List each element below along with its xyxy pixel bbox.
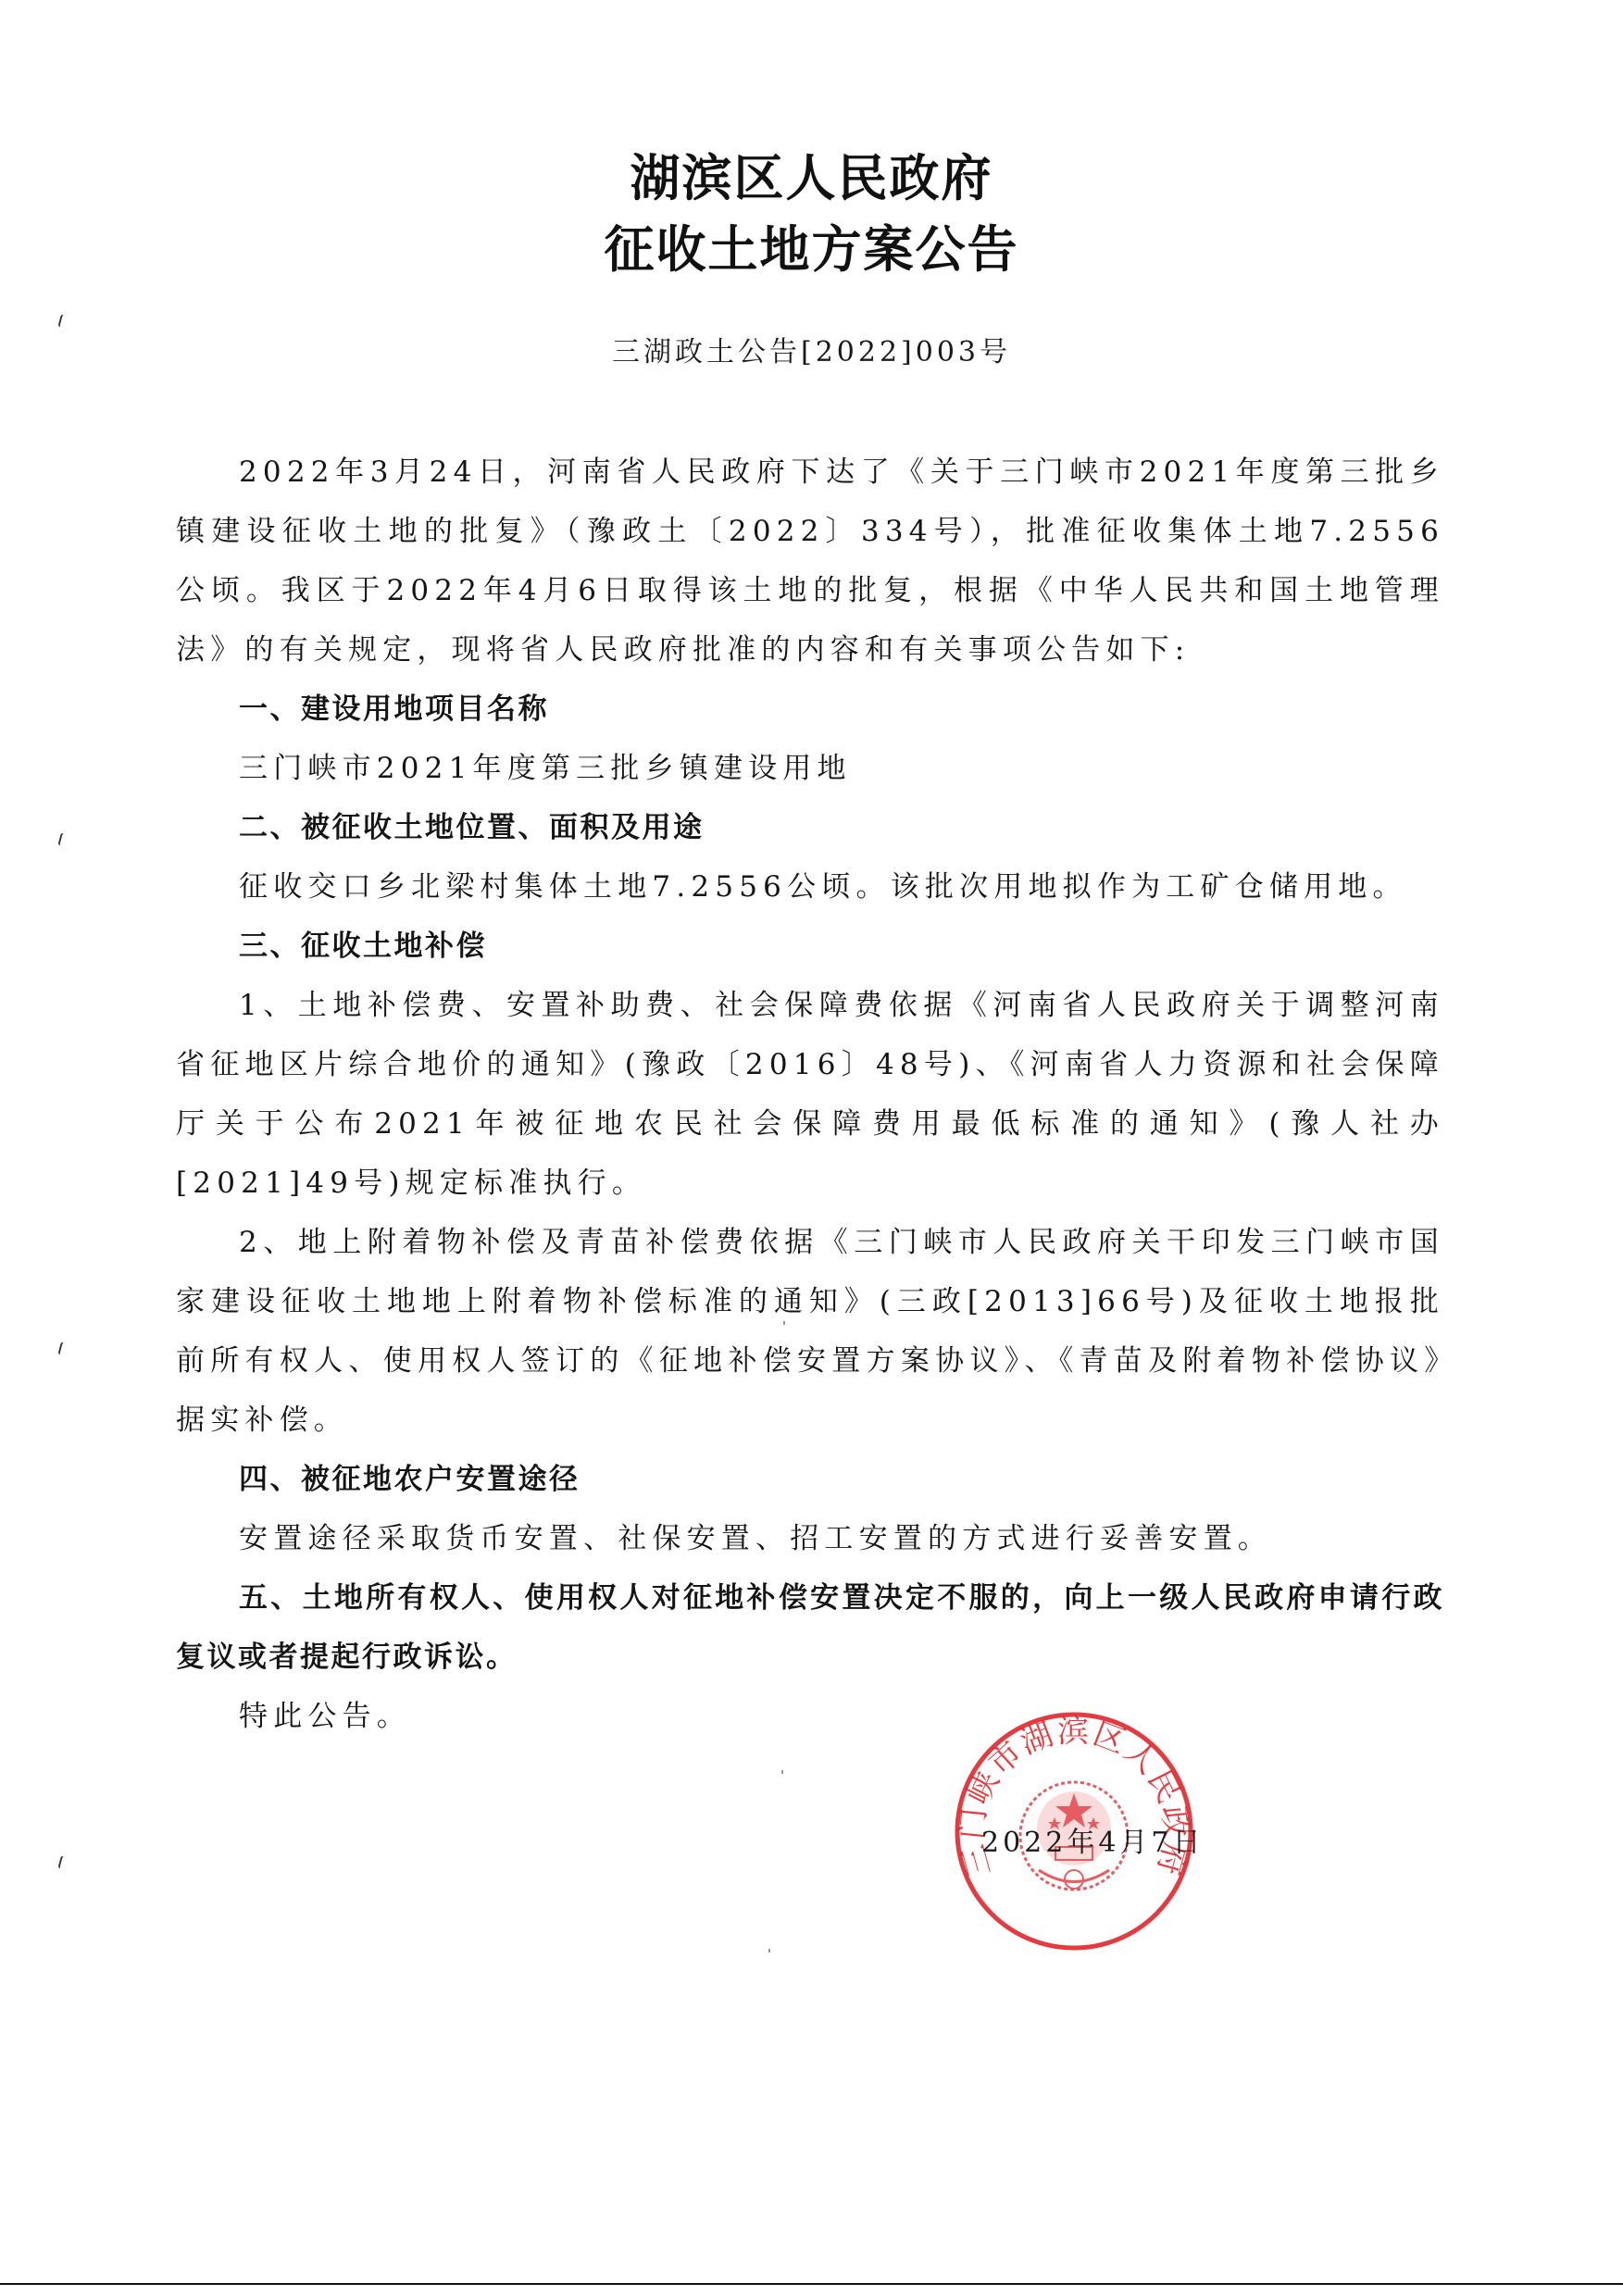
scan-speck xyxy=(783,1321,785,1325)
section-heading-4: 四、被征地农户安置途径 xyxy=(176,1450,1444,1509)
binding-hole-mark xyxy=(57,832,68,847)
section-paragraph: 1、土地补偿费、安置补助费、社会保障费依据《河南省人民政府关于调整河南省征地区片… xyxy=(176,976,1444,1213)
document-title-line1: 湖滨区人民政府 xyxy=(0,139,1623,210)
closing-text: 特此公告。 xyxy=(176,1687,1444,1746)
binding-hole-mark xyxy=(57,1341,68,1356)
intro-paragraph: 2022年3月24日，河南省人民政府下达了《关于三门峡市2021年度第三批乡镇建… xyxy=(176,443,1444,680)
section-heading-2: 二、被征收土地位置、面积及用途 xyxy=(176,798,1444,857)
document-number: 三湖政土公告[2022]003号 xyxy=(0,329,1623,369)
section-heading-5: 五、土地所有权人、使用权人对征地补偿安置决定不服的，向上一级人民政府申请行政复议… xyxy=(176,1568,1444,1687)
document-title-line2: 征收土地方案公告 xyxy=(0,210,1623,281)
section-paragraph: 征收交口乡北梁村集体土地7.2556公顷。该批次用地拟作为工矿仓储用地。 xyxy=(176,857,1444,917)
section-heading-3: 三、征收土地补偿 xyxy=(176,917,1444,976)
document-body: 2022年3月24日，河南省人民政府下达了《关于三门峡市2021年度第三批乡镇建… xyxy=(176,443,1444,1746)
scan-speck xyxy=(768,1949,770,1953)
scan-speck xyxy=(781,1770,783,1774)
section-paragraph: 三门峡市2021年度第三批乡镇建设用地 xyxy=(176,739,1444,798)
section-paragraph: 安置途径采取货币安置、社保安置、招工安置的方式进行妥善安置。 xyxy=(176,1509,1444,1568)
binding-hole-mark xyxy=(57,314,68,329)
document-page: 湖滨区人民政府 征收土地方案公告 三湖政土公告[2022]003号 2022年3… xyxy=(0,0,1623,2296)
scan-edge-line xyxy=(0,2283,1623,2285)
signature-date: 2022年4月7日 xyxy=(981,1819,1205,1860)
section-paragraph: 2、地上附着物补偿及青苗补偿费依据《三门峡市人民政府关干印发三门峡市国家建设征收… xyxy=(176,1213,1444,1450)
binding-hole-mark xyxy=(57,1855,68,1870)
section-heading-1: 一、建设用地项目名称 xyxy=(176,680,1444,739)
